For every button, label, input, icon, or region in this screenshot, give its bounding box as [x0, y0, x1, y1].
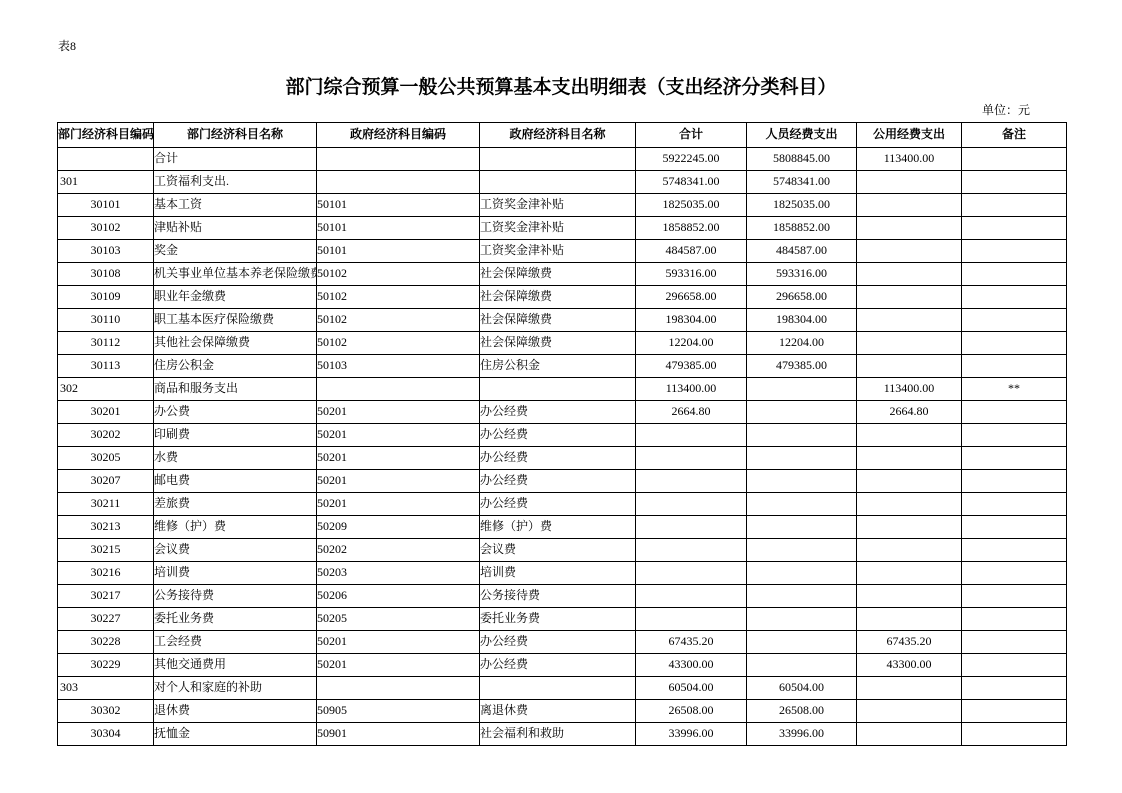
cell-personnel: 1825035.00: [747, 194, 857, 217]
cell-code: 30108: [58, 263, 154, 286]
cell-total: 67435.20: [636, 631, 747, 654]
cell-personnel: 296658.00: [747, 286, 857, 309]
cell-gov-name: [480, 148, 636, 171]
table-row: 30108机关事业单位基本养老保险缴费50102社会保障缴费593316.005…: [58, 263, 1067, 286]
cell-total: [636, 562, 747, 585]
cell-name: 其他社会保障缴费: [154, 332, 317, 355]
cell-total: 296658.00: [636, 286, 747, 309]
table-row: 30228工会经费50201办公经费67435.2067435.20: [58, 631, 1067, 654]
cell-code: 30201: [58, 401, 154, 424]
cell-code: 30229: [58, 654, 154, 677]
cell-public: [857, 516, 962, 539]
cell-code: 30216: [58, 562, 154, 585]
cell-gov-name: [480, 171, 636, 194]
column-header-total: 合计: [636, 123, 747, 148]
cell-personnel: [747, 493, 857, 516]
table-row: 30205水费50201办公经费: [58, 447, 1067, 470]
cell-remark: [962, 217, 1067, 240]
cell-total: 113400.00: [636, 378, 747, 401]
cell-gov-name: 办公经费: [480, 493, 636, 516]
cell-name: 职业年金缴费: [154, 286, 317, 309]
cell-gov-name: 社会保障缴费: [480, 263, 636, 286]
cell-name: 基本工资: [154, 194, 317, 217]
cell-public: [857, 424, 962, 447]
document-page: 表8 部门综合预算一般公共预算基本支出明细表（支出经济分类科目） 单位：元 部门…: [0, 0, 1122, 793]
cell-gov-code: 50202: [317, 539, 480, 562]
cell-code: 30101: [58, 194, 154, 217]
cell-gov-code: 50201: [317, 424, 480, 447]
cell-gov-code: 50103: [317, 355, 480, 378]
table-row: 30112其他社会保障缴费50102社会保障缴费12204.0012204.00: [58, 332, 1067, 355]
table-body: 合计5922245.005808845.00113400.00301工资福利支出…: [58, 148, 1067, 746]
cell-gov-name: [480, 378, 636, 401]
cell-total: 1858852.00: [636, 217, 747, 240]
cell-personnel: [747, 608, 857, 631]
cell-gov-code: 50101: [317, 240, 480, 263]
cell-personnel: 593316.00: [747, 263, 857, 286]
cell-personnel: 5808845.00: [747, 148, 857, 171]
cell-total: [636, 470, 747, 493]
cell-remark: [962, 286, 1067, 309]
cell-gov-code: 50201: [317, 631, 480, 654]
cell-remark: [962, 608, 1067, 631]
cell-gov-code: 50901: [317, 723, 480, 746]
table-row: 30202印刷费50201办公经费: [58, 424, 1067, 447]
cell-remark: [962, 194, 1067, 217]
cell-gov-code: 50209: [317, 516, 480, 539]
cell-gov-name: 办公经费: [480, 401, 636, 424]
cell-gov-name: 办公经费: [480, 447, 636, 470]
cell-code: 30103: [58, 240, 154, 263]
cell-public: [857, 240, 962, 263]
cell-name: 培训费: [154, 562, 317, 585]
cell-gov-code: 50201: [317, 470, 480, 493]
cell-personnel: [747, 401, 857, 424]
cell-code: 301: [58, 171, 154, 194]
cell-public: [857, 355, 962, 378]
cell-gov-name: 社会保障缴费: [480, 332, 636, 355]
cell-remark: [962, 447, 1067, 470]
cell-name: 差旅费: [154, 493, 317, 516]
cell-code: 30112: [58, 332, 154, 355]
cell-total: [636, 424, 747, 447]
cell-gov-name: 工资奖金津补贴: [480, 217, 636, 240]
cell-gov-code: [317, 171, 480, 194]
unit-label: 单位：元: [982, 101, 1030, 118]
cell-remark: [962, 424, 1067, 447]
cell-gov-code: 50201: [317, 493, 480, 516]
cell-gov-code: [317, 677, 480, 700]
cell-gov-name: 办公经费: [480, 424, 636, 447]
page-title: 部门综合预算一般公共预算基本支出明细表（支出经济分类科目）: [0, 72, 1122, 99]
cell-personnel: [747, 378, 857, 401]
cell-name: 水费: [154, 447, 317, 470]
table-row: 30229其他交通费用50201办公经费43300.0043300.00: [58, 654, 1067, 677]
cell-total: 5922245.00: [636, 148, 747, 171]
cell-gov-name: 工资奖金津补贴: [480, 240, 636, 263]
cell-public: 113400.00: [857, 148, 962, 171]
cell-gov-name: 委托业务费: [480, 608, 636, 631]
cell-code: [58, 148, 154, 171]
cell-code: 30217: [58, 585, 154, 608]
cell-personnel: [747, 447, 857, 470]
column-header-dept-code: 部门经济科目编码: [58, 123, 154, 148]
cell-gov-code: 50905: [317, 700, 480, 723]
cell-code: 30110: [58, 309, 154, 332]
cell-personnel: 479385.00: [747, 355, 857, 378]
cell-personnel: 484587.00: [747, 240, 857, 263]
cell-name: 维修（护）费: [154, 516, 317, 539]
cell-remark: [962, 240, 1067, 263]
cell-code: 30227: [58, 608, 154, 631]
cell-remark: [962, 516, 1067, 539]
cell-remark: [962, 677, 1067, 700]
cell-remark: [962, 493, 1067, 516]
cell-personnel: 60504.00: [747, 677, 857, 700]
cell-remark: [962, 654, 1067, 677]
cell-name: 工资福利支出.: [154, 171, 317, 194]
cell-remark: [962, 171, 1067, 194]
cell-gov-code: 50205: [317, 608, 480, 631]
cell-personnel: 1858852.00: [747, 217, 857, 240]
cell-remark: [962, 309, 1067, 332]
table-row: 302商品和服务支出113400.00113400.00**: [58, 378, 1067, 401]
table-row: 30207邮电费50201办公经费: [58, 470, 1067, 493]
cell-code: 30302: [58, 700, 154, 723]
cell-name: 职工基本医疗保险缴费: [154, 309, 317, 332]
cell-gov-name: 培训费: [480, 562, 636, 585]
cell-total: 198304.00: [636, 309, 747, 332]
cell-total: [636, 539, 747, 562]
cell-remark: **: [962, 378, 1067, 401]
cell-name: 公务接待费: [154, 585, 317, 608]
cell-remark: [962, 585, 1067, 608]
cell-name: 对个人和家庭的补助: [154, 677, 317, 700]
cell-gov-name: 办公经费: [480, 470, 636, 493]
table-row: 30215会议费50202会议费: [58, 539, 1067, 562]
table-row: 30216培训费50203培训费: [58, 562, 1067, 585]
cell-gov-name: 维修（护）费: [480, 516, 636, 539]
cell-public: [857, 700, 962, 723]
cell-personnel: [747, 585, 857, 608]
cell-code: 302: [58, 378, 154, 401]
cell-gov-name: 住房公积金: [480, 355, 636, 378]
table-row: 30109职业年金缴费50102社会保障缴费296658.00296658.00: [58, 286, 1067, 309]
cell-total: [636, 447, 747, 470]
cell-gov-code: 50101: [317, 217, 480, 240]
cell-personnel: 33996.00: [747, 723, 857, 746]
cell-name: 其他交通费用: [154, 654, 317, 677]
cell-public: [857, 194, 962, 217]
cell-total: 43300.00: [636, 654, 747, 677]
cell-gov-code: [317, 148, 480, 171]
table-row: 30101基本工资50101工资奖金津补贴1825035.001825035.0…: [58, 194, 1067, 217]
cell-public: 67435.20: [857, 631, 962, 654]
cell-public: 113400.00: [857, 378, 962, 401]
cell-name: 委托业务费: [154, 608, 317, 631]
cell-name: 会议费: [154, 539, 317, 562]
cell-name: 办公费: [154, 401, 317, 424]
cell-remark: [962, 539, 1067, 562]
cell-name: 邮电费: [154, 470, 317, 493]
cell-public: [857, 608, 962, 631]
table-row: 30103奖金50101工资奖金津补贴484587.00484587.00: [58, 240, 1067, 263]
cell-total: 1825035.00: [636, 194, 747, 217]
cell-gov-name: 社会保障缴费: [480, 309, 636, 332]
cell-personnel: [747, 654, 857, 677]
sheet-number-label: 表8: [58, 37, 76, 54]
cell-public: [857, 447, 962, 470]
cell-name: 工会经费: [154, 631, 317, 654]
cell-code: 30113: [58, 355, 154, 378]
cell-total: [636, 516, 747, 539]
cell-total: 479385.00: [636, 355, 747, 378]
cell-public: [857, 171, 962, 194]
cell-code: 30205: [58, 447, 154, 470]
cell-personnel: [747, 539, 857, 562]
cell-public: [857, 539, 962, 562]
table-row: 30102津贴补贴50101工资奖金津补贴1858852.001858852.0…: [58, 217, 1067, 240]
cell-code: 30102: [58, 217, 154, 240]
cell-total: 484587.00: [636, 240, 747, 263]
table-row: 303对个人和家庭的补助60504.0060504.00: [58, 677, 1067, 700]
cell-name: 抚恤金: [154, 723, 317, 746]
cell-name: 商品和服务支出: [154, 378, 317, 401]
table-row: 30217公务接待费50206公务接待费: [58, 585, 1067, 608]
cell-public: [857, 562, 962, 585]
table-row: 30110职工基本医疗保险缴费50102社会保障缴费198304.0019830…: [58, 309, 1067, 332]
cell-code: 30207: [58, 470, 154, 493]
table-row: 30213维修（护）费50209维修（护）费: [58, 516, 1067, 539]
budget-table: 部门经济科目编码 部门经济科目名称 政府经济科目编码 政府经济科目名称 合计 人…: [57, 122, 1067, 746]
cell-gov-code: 50206: [317, 585, 480, 608]
cell-gov-code: 50201: [317, 401, 480, 424]
cell-name: 机关事业单位基本养老保险缴费: [154, 263, 317, 286]
cell-public: 43300.00: [857, 654, 962, 677]
table-row: 30201办公费50201办公经费2664.802664.80: [58, 401, 1067, 424]
table-row: 30211差旅费50201办公经费: [58, 493, 1067, 516]
cell-public: [857, 723, 962, 746]
cell-name: 退休费: [154, 700, 317, 723]
cell-public: [857, 263, 962, 286]
cell-remark: [962, 263, 1067, 286]
table-row: 30304抚恤金50901社会福利和救助33996.0033996.00: [58, 723, 1067, 746]
cell-public: [857, 309, 962, 332]
cell-code: 30215: [58, 539, 154, 562]
cell-total: [636, 608, 747, 631]
cell-personnel: 12204.00: [747, 332, 857, 355]
cell-total: 593316.00: [636, 263, 747, 286]
table-row: 30302退休费50905离退休费26508.0026508.00: [58, 700, 1067, 723]
cell-remark: [962, 723, 1067, 746]
cell-total: 33996.00: [636, 723, 747, 746]
cell-name: 津贴补贴: [154, 217, 317, 240]
column-header-remark: 备注: [962, 123, 1067, 148]
cell-remark: [962, 148, 1067, 171]
cell-gov-code: 50102: [317, 263, 480, 286]
column-header-gov-code: 政府经济科目编码: [317, 123, 480, 148]
cell-gov-code: 50102: [317, 332, 480, 355]
cell-remark: [962, 700, 1067, 723]
cell-public: [857, 493, 962, 516]
cell-gov-code: 50201: [317, 654, 480, 677]
cell-gov-code: 50102: [317, 309, 480, 332]
cell-gov-name: 办公经费: [480, 631, 636, 654]
table-header-row: 部门经济科目编码 部门经济科目名称 政府经济科目编码 政府经济科目名称 合计 人…: [58, 123, 1067, 148]
cell-gov-name: 办公经费: [480, 654, 636, 677]
cell-gov-name: 社会福利和救助: [480, 723, 636, 746]
cell-remark: [962, 332, 1067, 355]
cell-code: 30213: [58, 516, 154, 539]
cell-total: [636, 493, 747, 516]
cell-code: 30228: [58, 631, 154, 654]
cell-gov-code: 50102: [317, 286, 480, 309]
cell-name: 印刷费: [154, 424, 317, 447]
cell-gov-name: 社会保障缴费: [480, 286, 636, 309]
cell-public: [857, 470, 962, 493]
cell-public: [857, 332, 962, 355]
cell-total: [636, 585, 747, 608]
table-row: 30113住房公积金50103住房公积金479385.00479385.00: [58, 355, 1067, 378]
cell-gov-name: 离退休费: [480, 700, 636, 723]
cell-public: [857, 677, 962, 700]
cell-personnel: [747, 631, 857, 654]
cell-code: 303: [58, 677, 154, 700]
cell-personnel: [747, 470, 857, 493]
cell-gov-name: 会议费: [480, 539, 636, 562]
column-header-dept-name: 部门经济科目名称: [154, 123, 317, 148]
cell-personnel: 5748341.00: [747, 171, 857, 194]
cell-personnel: [747, 562, 857, 585]
cell-name: 合计: [154, 148, 317, 171]
column-header-public: 公用经费支出: [857, 123, 962, 148]
cell-gov-code: 50203: [317, 562, 480, 585]
column-header-personnel: 人员经费支出: [747, 123, 857, 148]
cell-gov-name: [480, 677, 636, 700]
cell-total: 5748341.00: [636, 171, 747, 194]
cell-personnel: 26508.00: [747, 700, 857, 723]
cell-gov-name: 公务接待费: [480, 585, 636, 608]
table-row: 30227委托业务费50205委托业务费: [58, 608, 1067, 631]
cell-total: 2664.80: [636, 401, 747, 424]
cell-name: 奖金: [154, 240, 317, 263]
cell-remark: [962, 631, 1067, 654]
cell-code: 30211: [58, 493, 154, 516]
cell-gov-name: 工资奖金津补贴: [480, 194, 636, 217]
cell-gov-code: 50201: [317, 447, 480, 470]
cell-total: 60504.00: [636, 677, 747, 700]
table-row: 合计5922245.005808845.00113400.00: [58, 148, 1067, 171]
cell-public: [857, 585, 962, 608]
cell-personnel: [747, 424, 857, 447]
cell-code: 30202: [58, 424, 154, 447]
cell-public: 2664.80: [857, 401, 962, 424]
cell-remark: [962, 355, 1067, 378]
cell-remark: [962, 401, 1067, 424]
cell-code: 30109: [58, 286, 154, 309]
cell-remark: [962, 470, 1067, 493]
cell-personnel: 198304.00: [747, 309, 857, 332]
cell-code: 30304: [58, 723, 154, 746]
cell-total: 26508.00: [636, 700, 747, 723]
column-header-gov-name: 政府经济科目名称: [480, 123, 636, 148]
table-row: 301工资福利支出.5748341.005748341.00: [58, 171, 1067, 194]
cell-public: [857, 286, 962, 309]
cell-remark: [962, 562, 1067, 585]
cell-total: 12204.00: [636, 332, 747, 355]
cell-gov-code: 50101: [317, 194, 480, 217]
cell-name: 住房公积金: [154, 355, 317, 378]
cell-personnel: [747, 516, 857, 539]
cell-gov-code: [317, 378, 480, 401]
cell-public: [857, 217, 962, 240]
